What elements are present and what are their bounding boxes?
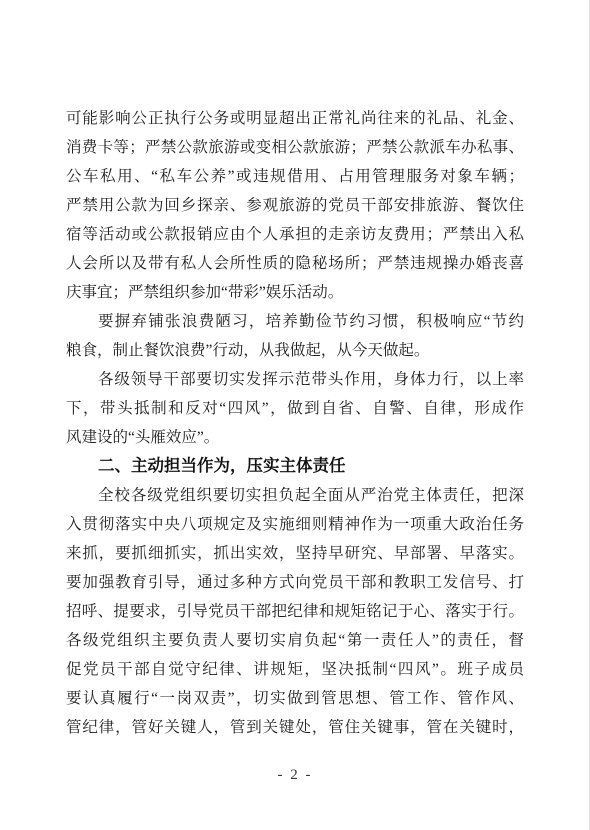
page-footer: - 2 - [0, 766, 590, 784]
text-line: 入贯彻落实中央八项规定及实施细则精神作为一项重大政治任务 [66, 510, 524, 539]
text-line: 消费卡等；严禁公款旅游或变相公款旅游；严禁公款派车办私事、 [66, 133, 524, 162]
text-line: 严禁用公款为回乡探亲、参观旅游的党员干部安排旅游、餐饮住 [66, 191, 524, 220]
text-line: 粮食，制止餐饮浪费”行动，从我做起，从今天做起。 [66, 336, 524, 365]
text-line: 要摒弃铺张浪费陋习，培养勤俭节约习惯，积极响应“节约 [66, 307, 524, 336]
text-line: 促党员干部自觉守纪律、讲规矩，坚决抵制“四风”。班子成员 [66, 655, 524, 684]
text-line: 公车私用、“私车公养”或违规借用、占用管理服务对象车辆； [66, 162, 524, 191]
document-page: 可能影响公正执行公务或明显超出正常礼尚往来的礼品、礼金、 消费卡等；严禁公款旅游… [0, 0, 590, 830]
text-line: 可能影响公正执行公务或明显超出正常礼尚往来的礼品、礼金、 [66, 104, 524, 133]
text-line: 风建设的“头雁效应”。 [66, 423, 524, 452]
text-line: 要认真履行“一岗双责”，切实做到管思想、管工作、管作风、 [66, 684, 524, 713]
text-line: 要加强教育引导，通过多种方式向党员干部和教职工发信号、打 [66, 568, 524, 597]
section-heading: 二、主动担当作为，压实主体责任 [66, 452, 524, 481]
text-line: 人会所以及带有私人会所性质的隐秘场所；严禁违规操办婚丧喜 [66, 249, 524, 278]
page-number: - 2 - [278, 767, 313, 783]
text-line: 全校各级党组织要切实担负起全面从严治党主体责任，把深 [66, 481, 524, 510]
text-line: 下，带头抵制和反对“四风”，做到自省、自警、自律，形成作 [66, 394, 524, 423]
text-line: 各级领导干部要切实发挥示范带头作用，身体力行，以上率 [66, 365, 524, 394]
text-line: 庆事宜；严禁组织参加“带彩”娱乐活动。 [66, 278, 524, 307]
text-line: 各级党组织主要负责人要切实肩负起“第一责任人”的责任，督 [66, 626, 524, 655]
text-line: 宿等活动或公款报销应由个人承担的走亲访友费用；严禁出入私 [66, 220, 524, 249]
text-line: 管纪律，管好关键人，管到关键处，管住关键事，管在关键时， [66, 713, 524, 742]
document-body: 可能影响公正执行公务或明显超出正常礼尚往来的礼品、礼金、 消费卡等；严禁公款旅游… [66, 104, 524, 742]
text-line: 来抓，要抓细抓实，抓出实效，坚持早研究、早部署、早落实。 [66, 539, 524, 568]
text-line: 招呼、提要求，引导党员干部把纪律和规矩铭记于心、落实于行。 [66, 597, 524, 626]
